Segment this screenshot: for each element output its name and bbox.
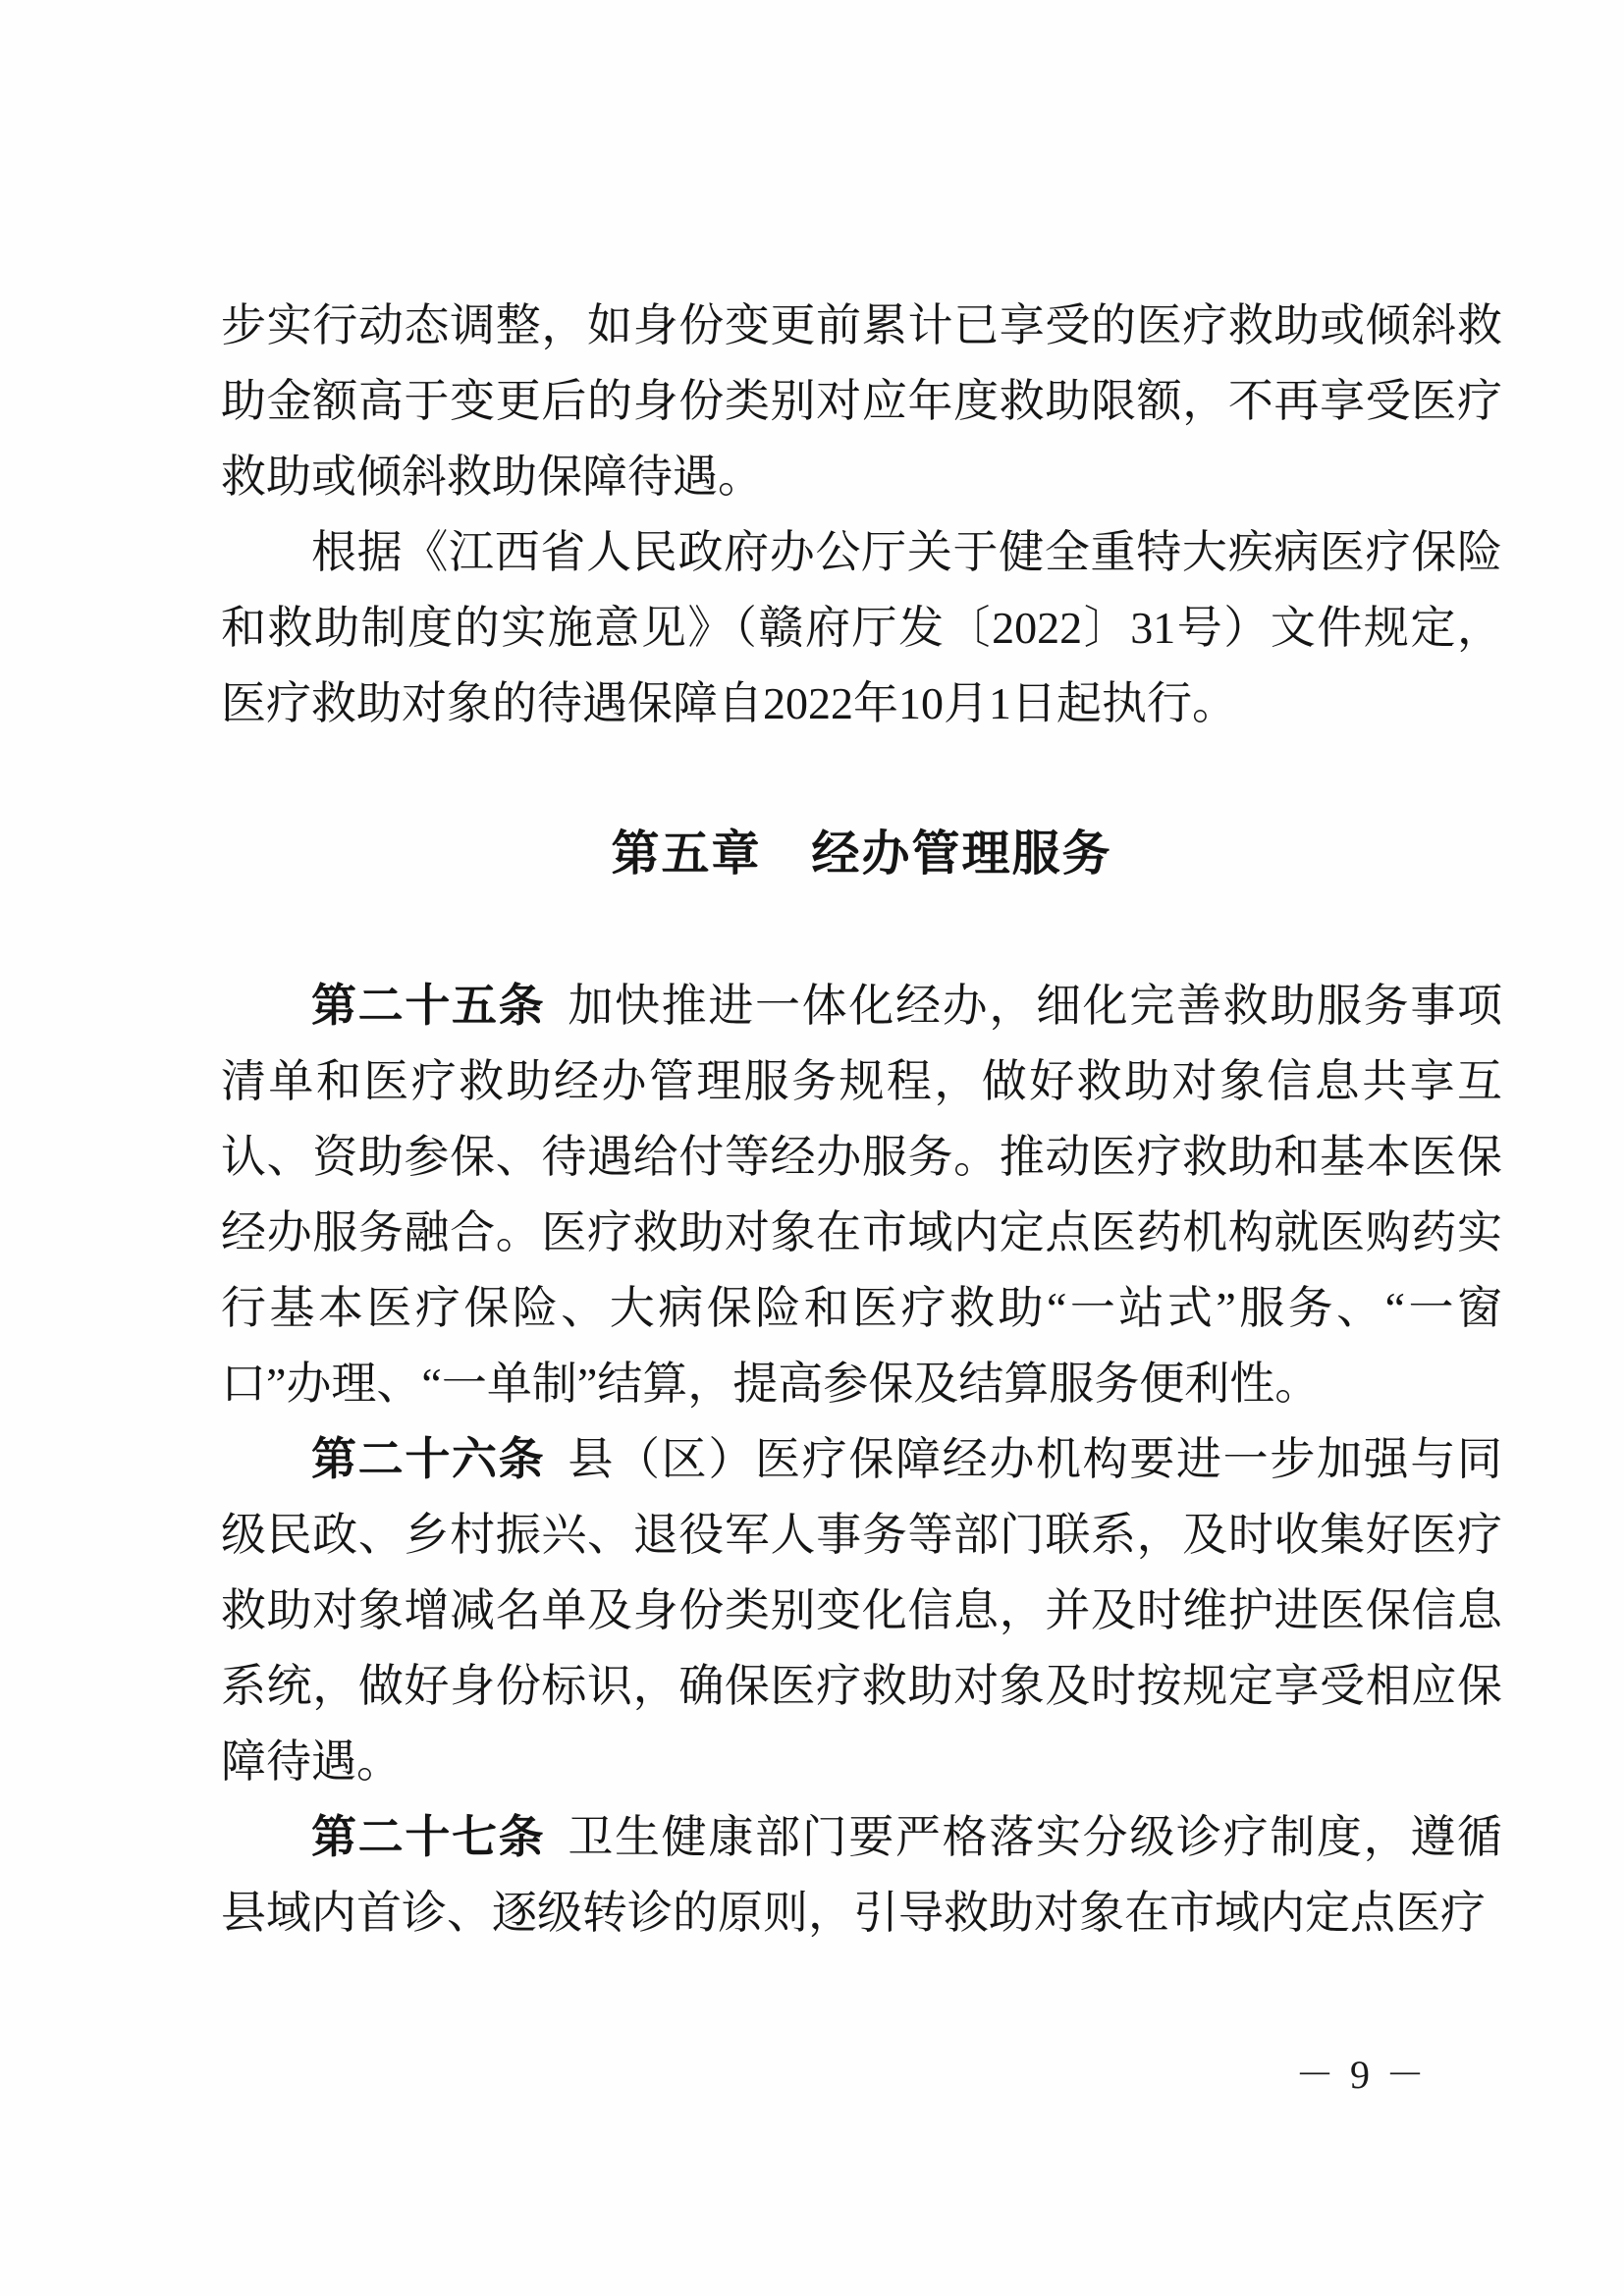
- article-25: 第二十五条加快推进一体化经办，细化完善救助服务事项清单和医疗救助经办管理服务规程…: [221, 968, 1502, 1421]
- chapter-heading: 第五章 经办管理服务: [221, 817, 1502, 892]
- document-body: 步实行动态调整，如身份变更前累计已享受的医疗救助或倾斜救助金额高于变更后的身份类…: [221, 288, 1502, 1950]
- page-number: － 9 －: [1295, 2044, 1428, 2100]
- article-25-lead: 第二十五条: [311, 980, 545, 1031]
- paragraph-policy-basis: 根据《江西省人民政府办公厅关于健全重特大疾病医疗保险和救助制度的实施意见》（赣府…: [221, 514, 1502, 741]
- paragraph-continuation: 步实行动态调整，如身份变更前累计已享受的医疗救助或倾斜救助金额高于变更后的身份类…: [221, 288, 1502, 514]
- article-26-lead: 第二十六条: [311, 1433, 545, 1484]
- article-27-lead: 第二十七条: [311, 1811, 545, 1862]
- article-26: 第二十六条县（区）医疗保障经办机构要进一步加强与同级民政、乡村振兴、退役军人事务…: [221, 1421, 1502, 1799]
- article-25-text: 加快推进一体化经办，细化完善救助服务事项清单和医疗救助经办管理服务规程，做好救助…: [221, 981, 1502, 1409]
- article-27: 第二十七条卫生健康部门要严格落实分级诊疗制度，遵循县域内首诊、逐级转诊的原则，引…: [221, 1799, 1502, 1950]
- document-page: 步实行动态调整，如身份变更前累计已享受的医疗救助或倾斜救助金额高于变更后的身份类…: [0, 0, 1624, 2296]
- article-26-text: 县（区）医疗保障经办机构要进一步加强与同级民政、乡村振兴、退役军人事务等部门联系…: [221, 1434, 1502, 1787]
